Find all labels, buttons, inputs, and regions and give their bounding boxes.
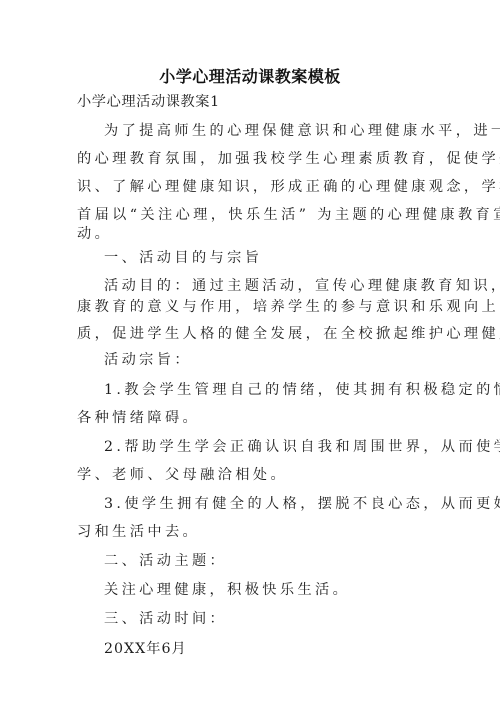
time-text: 20XX年6月 [104, 639, 187, 659]
document-title: 小学心理活动课教案模板 [0, 64, 500, 87]
section-heading-time: 三、活动时间： [104, 609, 227, 629]
aim-item-3-line: 3.使学生拥有健全的人格，摆脱不良心态，从而更好地投入到学 [104, 494, 500, 514]
lesson-plan-heading: 小学心理活动课教案1 [77, 92, 220, 112]
section-heading-theme: 二、活动主题： [104, 551, 227, 571]
purpose-paragraph-line: 质，促进学生人格的健全发展，在全校掀起维护心理健康的热潮。 [77, 324, 500, 344]
aim-item-1-line: 1.教会学生管理自己的情绪，使其拥有积极稳定的情绪，避免患 [104, 380, 500, 400]
aim-item-2-line: 2.帮助学生学会正确认识自我和周围世界，从而使学生能与同 [104, 437, 500, 457]
intro-paragraph-line: 为了提高师生的心理保健意识和心理健康水平，进一步营造校园 [104, 121, 500, 141]
aim-heading: 活动宗旨： [104, 350, 192, 370]
aim-item-1-line: 各种情绪障碍。 [77, 408, 200, 428]
aim-item-2-line: 学、老师、父母融洽相处。 [77, 465, 288, 485]
document-page: 小学心理活动课教案模板 小学心理活动课教案1 为了提高师生的心理保健意识和心理健… [0, 0, 500, 707]
purpose-paragraph-line: 活动目的：通过主题活动，宣传心理健康教育知识，明确心理健 [104, 276, 500, 296]
intro-paragraph-line: 的心理教育氛围，加强我校学生心理素质教育，促使学生科学地认 [77, 149, 500, 169]
intro-paragraph-line: 识、了解心理健康知识，形成正确的心理健康观念，学校决定开展 [77, 177, 500, 197]
intro-paragraph-line: 动。 [77, 224, 112, 244]
theme-text: 关注心理健康，积极快乐生活。 [104, 580, 350, 600]
intro-paragraph-line: 首届以“关注心理，快乐生活” 为主题的心理健康教育宣传月活 [77, 205, 500, 225]
aim-item-3-line: 习和生活中去。 [77, 522, 200, 542]
purpose-paragraph-line: 康教育的意义与作用，培养学生的参与意识和乐观向上的心理品 [77, 297, 500, 317]
section-heading-purpose: 一、活动目的与宗旨 [104, 248, 262, 268]
